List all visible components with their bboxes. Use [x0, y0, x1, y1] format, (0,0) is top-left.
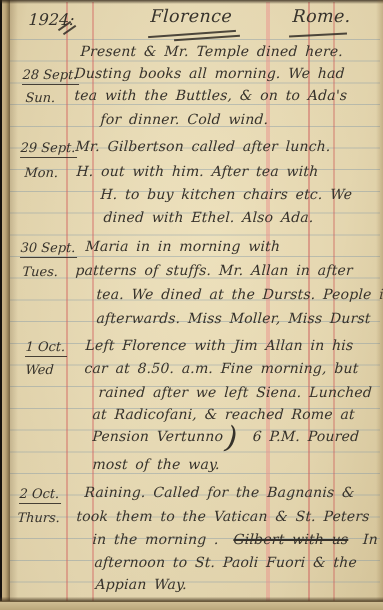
entry-line: dined with Ethel. Also Ada.: [103, 210, 314, 226]
entry-day: Thurs.: [17, 511, 60, 526]
top-edge-shadow: [0, 0, 383, 4]
entry-day: Sun.: [25, 91, 56, 106]
heading-rome: Rome.: [292, 7, 351, 27]
entry-line: Left Florence with Jim Allan in his: [85, 338, 354, 354]
entry-line: afterwards. Miss Moller, Miss Durst etc.: [96, 311, 383, 327]
entry-line: patterns of stuffs. Mr. Allan in after: [75, 263, 353, 279]
entry-date: 29 Sept.: [20, 141, 78, 158]
entry-line: took them to the Vatican & St. Peters: [76, 509, 370, 525]
entry-day: Mon.: [24, 166, 58, 181]
entry-line-text: 6 P.M. Poured: [252, 429, 359, 445]
entry-line-text: afterwards. Miss Moller, Miss Durst: [96, 311, 371, 327]
entry-line: Raining. Called for the Bagnanis &: [84, 485, 355, 501]
entry-line: at Radicofani, & reached Rome at: [92, 407, 355, 423]
entry-line: Mr. Gilbertson called after lunch.: [75, 139, 331, 155]
entry-day: Tues.: [22, 265, 58, 280]
entry-date: 2 Oct.: [19, 487, 62, 504]
year-heading: 1924:: [28, 10, 75, 29]
entry-date: 30 Sept.: [20, 241, 78, 258]
entry-line: rained after we left Siena. Lunched: [98, 385, 372, 401]
heading-florence: Florence: [150, 7, 233, 27]
insertion-bracket: ): [224, 433, 238, 446]
entry-line: in the morning . Gilbert with us In: [92, 532, 378, 548]
entry-line-text: in the morning .: [92, 532, 219, 548]
under-page-edge: [0, 601, 383, 610]
entry-line-text: Pension Vertunno: [92, 429, 224, 445]
binding-crease: [10, 0, 18, 610]
entry-line: Dusting books all morning. We had: [74, 66, 345, 82]
entry-line: tea. We dined at the Dursts. People in: [96, 287, 383, 303]
right-edge-shade: [376, 0, 383, 610]
struck-text: Gilbert with us: [233, 532, 349, 548]
entry-line: Appian Way.: [95, 577, 187, 593]
entry-day: Wed: [25, 363, 54, 378]
entry-date: 1 Oct.: [25, 340, 68, 357]
entry-line: most of the way.: [92, 457, 220, 473]
entry-date: 28 Sept.: [22, 68, 80, 85]
margin-line-left-1: [66, 2, 68, 601]
entry-line: H. out with him. After tea with: [76, 164, 319, 180]
entry-line: Maria in in morning with: [85, 239, 281, 255]
entry-line: H. to buy kitchen chairs etc. We: [100, 187, 353, 203]
entry-line: afternoon to St. Paoli Fuori & the: [94, 555, 357, 571]
entry-line: tea with the Buttles, & on to Ada's: [74, 88, 348, 104]
entry-line: for dinner. Cold wind.: [100, 112, 269, 128]
entry-line: car at 8.50. a.m. Fine morning, but: [84, 361, 359, 377]
entry-line: Pension Vertunno) 6 P.M. Poured: [92, 429, 360, 445]
diary-page-photo: 1924: Florence Rome. Present & Mr. Templ…: [0, 0, 383, 610]
binding-edge-tan: [2, 0, 10, 610]
intro-line: Present & Mr. Temple dined here.: [80, 44, 343, 60]
